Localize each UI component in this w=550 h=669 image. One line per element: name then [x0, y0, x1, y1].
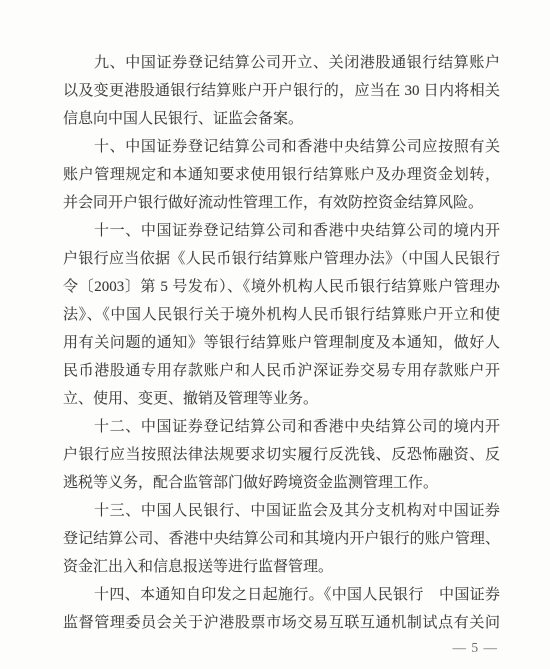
text-line-item-14-1: 监督管理委员会关于沪港股票市场交易互联互通机制试点有关问 — [63, 609, 500, 637]
text-line-item-11-0: 十一、中国证券登记结算公司和香港中央结算公司的境内开 — [63, 217, 500, 245]
text-line-item-10-0: 十、中国证券登记结算公司和香港中央结算公司应按照有关 — [63, 133, 500, 161]
text-line-item-14-0: 十四、本通知自印发之日起施行。《中国人民银行 中国证券 — [63, 581, 500, 609]
text-line-item-10-1: 账户管理规定和本通知要求使用银行结算账户及办理资金划转， — [63, 161, 500, 189]
text-line-item-9-1: 以及变更港股通银行结算账户开户银行的，应当在 30 日内将相关 — [63, 77, 500, 105]
text-line-item-11-3: 法》、《中国人民银行关于境外机构人民币银行结算账户开立和使 — [63, 301, 500, 329]
text-line-item-13-2: 资金汇出入和信息报送等进行监督管理。 — [63, 553, 500, 581]
text-line-item-11-1: 户银行应当依据《人民币银行结算账户管理办法》（中国人民银行 — [63, 245, 500, 273]
text-line-item-9-0: 九、中国证券登记结算公司开立、关闭港股通银行结算账户 — [63, 49, 500, 77]
text-line-item-11-6: 立、使用、变更、撤销及管理等业务。 — [63, 385, 500, 413]
document-body: 九、中国证券登记结算公司开立、关闭港股通银行结算账户以及变更港股通银行结算账户开… — [63, 49, 500, 637]
text-line-item-13-0: 十三、中国人民银行、中国证监会及其分支机构对中国证券 — [63, 497, 500, 525]
document-page: 九、中国证券登记结算公司开立、关闭港股通银行结算账户以及变更港股通银行结算账户开… — [0, 0, 550, 669]
text-line-item-12-1: 户银行应当按照法律法规要求切实履行反洗钱、反恐怖融资、反 — [63, 441, 500, 469]
text-line-item-12-2: 逃税等义务，配合监管部门做好跨境资金监测管理工作。 — [63, 469, 500, 497]
text-line-item-11-2: 令〔2003〕第 5 号发布）、《境外机构人民币银行结算账户管理办 — [63, 273, 500, 301]
text-line-item-9-2: 信息向中国人民银行、证监会备案。 — [63, 105, 500, 133]
text-line-item-10-2: 并会同开户银行做好流动性管理工作，有效防控资金结算风险。 — [63, 189, 500, 217]
page-number: — 5 — — [453, 639, 499, 657]
text-line-item-12-0: 十二、中国证券登记结算公司和香港中央结算公司的境内开 — [63, 413, 500, 441]
text-line-item-11-5: 民币港股通专用存款账户和人民币沪深证券交易专用存款账户开 — [63, 357, 500, 385]
text-line-item-13-1: 登记结算公司、香港中央结算公司和其境内开户银行的账户管理、 — [63, 525, 500, 553]
text-line-item-11-4: 用有关问题的通知》等银行结算账户管理制度及本通知，做好人 — [63, 329, 500, 357]
